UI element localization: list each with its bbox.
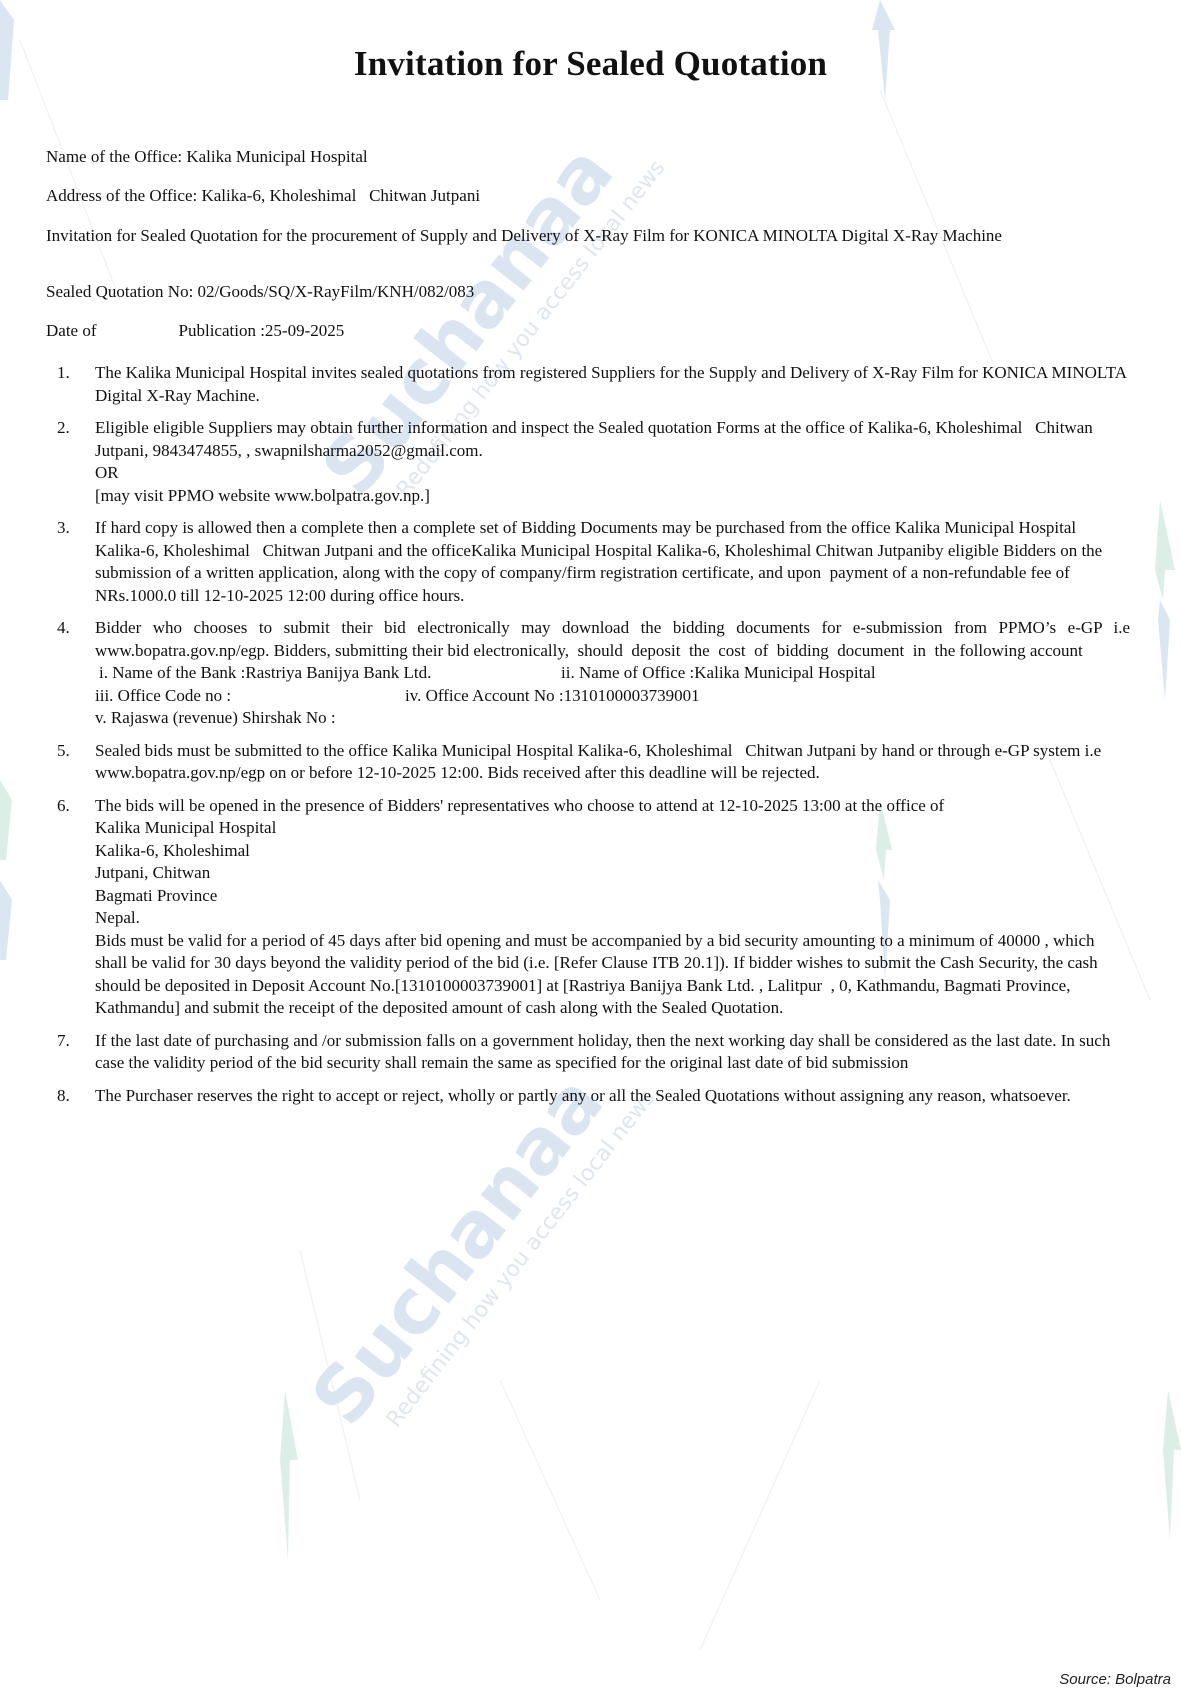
quotation-number-line: Sealed Quotation No: 02/Goods/SQ/X-RayFi…: [46, 281, 1126, 303]
office-name-line: Name of the Office: Kalika Municipal Hos…: [46, 146, 1126, 168]
item-text: The Kalika Municipal Hospital invites se…: [95, 363, 1126, 405]
list-item: 2. Eligible eligible Suppliers may obtai…: [46, 417, 1130, 507]
source-credit: Source: Bolpatra: [1059, 1671, 1171, 1688]
ppmo-website-note: [may visit PPMO website www.bolpatra.gov…: [95, 485, 1130, 508]
rajaswa-shirshak: v. Rajaswa (revenue) Shirshak No :: [95, 707, 1130, 730]
item-number: 2.: [57, 417, 70, 440]
address-line: Kalika Municipal Hospital: [95, 817, 1130, 840]
date-label: Date of: [46, 321, 97, 340]
item-text: Sealed bids must be submitted to the off…: [95, 741, 1101, 783]
item-number: 4.: [57, 617, 70, 640]
publication-date-line: Date ofPublication :25-09-2025: [46, 320, 1126, 342]
item-number: 7.: [57, 1030, 70, 1053]
item-text: If the last date of purchasing and /or s…: [95, 1031, 1110, 1073]
item-number: 8.: [57, 1085, 70, 1108]
list-item: 6. The bids will be opened in the presen…: [46, 795, 1130, 1020]
item-number: 6.: [57, 795, 70, 818]
svg-text:Redefining how you access loca: Redefining how you access local news: [382, 1086, 660, 1433]
list-item: 5. Sealed bids must be submitted to the …: [46, 740, 1130, 785]
publication-date: Publication :25-09-2025: [179, 321, 345, 340]
address-line: Nepal.: [95, 907, 1130, 930]
address-line: Kalika-6, Kholeshimal: [95, 840, 1130, 863]
office-address-line: Address of the Office: Kalika-6, Kholesh…: [46, 185, 1126, 207]
list-item: 8. The Purchaser reserves the right to a…: [46, 1085, 1130, 1108]
list-item: 4. Bidder who chooses to submit their bi…: [46, 617, 1130, 730]
office-code: iii. Office Code no :: [95, 685, 405, 708]
bank-name: i. Name of the Bank :Rastriya Banijya Ba…: [99, 662, 561, 685]
address-line: Jutpani, Chitwan: [95, 862, 1130, 885]
item-text: The bids will be opened in the presence …: [95, 796, 944, 815]
item-number: 1.: [57, 362, 70, 385]
arrow-decor-right: [1155, 500, 1181, 1540]
list-item: 7. If the last date of purchasing and /o…: [46, 1030, 1130, 1075]
item-text: The Purchaser reserves the right to acce…: [95, 1086, 1071, 1105]
item-number: 5.: [57, 740, 70, 763]
item-text: Eligible eligible Suppliers may obtain f…: [95, 418, 1093, 460]
item-or: OR: [95, 462, 1130, 485]
invitation-line: Invitation for Sealed Quotation for the …: [46, 225, 1126, 247]
bid-validity-text: Bids must be valid for a period of 45 da…: [95, 930, 1130, 1020]
document-title: Invitation for Sealed Quotation: [0, 44, 1181, 84]
list-item: 1. The Kalika Municipal Hospital invites…: [46, 362, 1130, 407]
item-text: Bidder who chooses to submit their bid e…: [95, 618, 1130, 660]
item-number: 3.: [57, 517, 70, 540]
address-line: Bagmati Province: [95, 885, 1130, 908]
list-item: 3. If hard copy is allowed then a comple…: [46, 517, 1130, 607]
office-account-number: iv. Office Account No :1310100003739001: [405, 685, 700, 708]
item-text: If hard copy is allowed then a complete …: [95, 518, 1102, 605]
arrow-decor-left: [0, 0, 14, 960]
terms-list: 1. The Kalika Municipal Hospital invites…: [46, 362, 1130, 1117]
account-office-name: ii. Name of Office :Kalika Municipal Hos…: [561, 662, 876, 685]
